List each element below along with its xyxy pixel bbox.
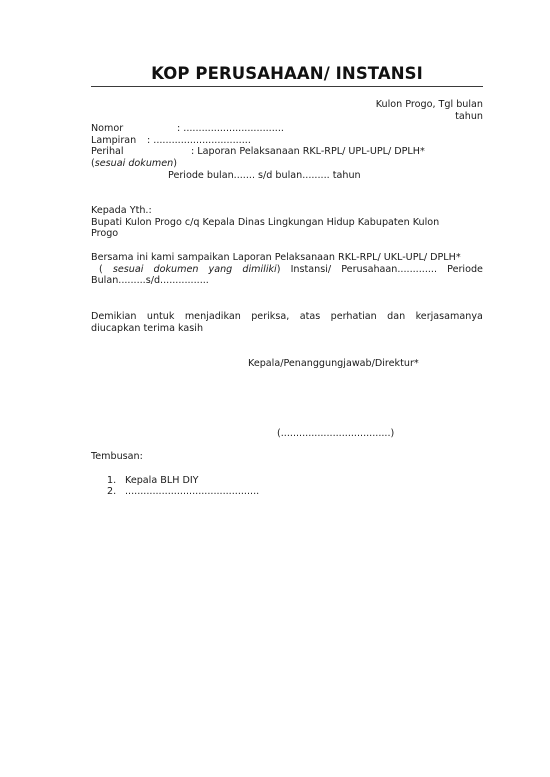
word: atas: [300, 311, 321, 323]
tembusan-block: Tembusan: 1. Kepala BLH DIY 2. .........…: [91, 451, 483, 498]
word: menjadikan: [185, 311, 241, 323]
word: Perusahaan.............: [341, 264, 437, 276]
body-line3: Bulan.........s/d................: [91, 275, 483, 287]
perihal-row: Perihal : Laporan Pelaksanaan RKL-RPL/ U…: [91, 146, 483, 158]
closing-paragraph: Demikianuntukmenjadikanperiksa,atasperha…: [91, 311, 483, 334]
word: sesuai: [113, 264, 144, 276]
letterhead-divider: [91, 86, 483, 87]
recipient-line1: Bupati Kulon Progo c/q Kepala Dinas Ling…: [91, 217, 483, 229]
tembusan-list: 1. Kepala BLH DIY 2. ...................…: [91, 475, 483, 498]
nomor-row: Nomor : ................................…: [91, 123, 483, 135]
perihal-value: : Laporan Pelaksanaan RKL-RPL/ UPL-UPL/ …: [191, 146, 425, 158]
word: Instansi/: [291, 264, 332, 276]
closing-line2: diucapkan terima kasih: [91, 323, 483, 335]
lampiran-label: Lampiran: [91, 135, 136, 147]
periode-row: Periode bulan....... s/d bulan......... …: [91, 170, 483, 182]
nomor-value: : .................................: [177, 123, 284, 135]
perihal-note: (sesuai dokumen): [91, 158, 483, 170]
place-date-line1: Kulon Progo, Tgl bulan: [91, 99, 483, 111]
lampiran-row: Lampiran : .............................…: [91, 135, 483, 147]
word: Periode: [447, 264, 483, 276]
recipient-line2: Progo: [91, 228, 483, 240]
word: dimiliki): [242, 264, 280, 276]
recipient-greeting: Kepada Yth.:: [91, 205, 483, 217]
body-line2: (sesuaidokumenyangdimiliki)Instansi/Peru…: [91, 264, 483, 276]
lampiran-value: : ................................: [147, 135, 251, 147]
perihal-label: Perihal: [91, 146, 124, 158]
tembusan-label: Tembusan:: [91, 451, 483, 463]
word: yang: [209, 264, 233, 276]
periode-text: Periode bulan....... s/d bulan......... …: [168, 170, 361, 182]
signature-title: Kepala/Penanggungjawab/Direktur*: [91, 358, 483, 370]
body-paragraph: Bersama ini kami sampaikan Laporan Pelak…: [91, 252, 483, 287]
letter-meta: Nomor : ................................…: [91, 123, 483, 181]
word: perhatian: [331, 311, 377, 323]
word: untuk: [147, 311, 175, 323]
tembusan-item: 2. .....................................…: [91, 486, 483, 498]
word: kerjasamanya: [416, 311, 483, 323]
perihal-note-italic: sesuai dokumen: [95, 158, 174, 169]
word: dokumen: [154, 264, 199, 276]
word: (: [99, 264, 103, 276]
word: dan: [387, 311, 405, 323]
closing-line1: Demikianuntukmenjadikanperiksa,atasperha…: [91, 311, 483, 323]
word: Demikian: [91, 311, 136, 323]
word: dimiliki: [242, 264, 276, 275]
letterhead-title: KOP PERUSAHAAN/ INSTANSI: [91, 64, 483, 84]
body-line1: Bersama ini kami sampaikan Laporan Pelak…: [91, 252, 483, 264]
recipient-block: Kepada Yth.: Bupati Kulon Progo c/q Kepa…: [91, 205, 483, 240]
place-date: Kulon Progo, Tgl bulan tahun: [91, 99, 483, 122]
place-date-line2: tahun: [91, 111, 483, 123]
word: periksa,: [251, 311, 289, 323]
signature-name-placeholder: (....................................): [91, 428, 483, 440]
signature-title-block: Kepala/Penanggungjawab/Direktur*: [91, 358, 483, 370]
tembusan-item: 1. Kepala BLH DIY: [91, 475, 483, 487]
signature-name-block: (....................................): [91, 428, 483, 440]
nomor-label: Nomor: [91, 123, 123, 135]
